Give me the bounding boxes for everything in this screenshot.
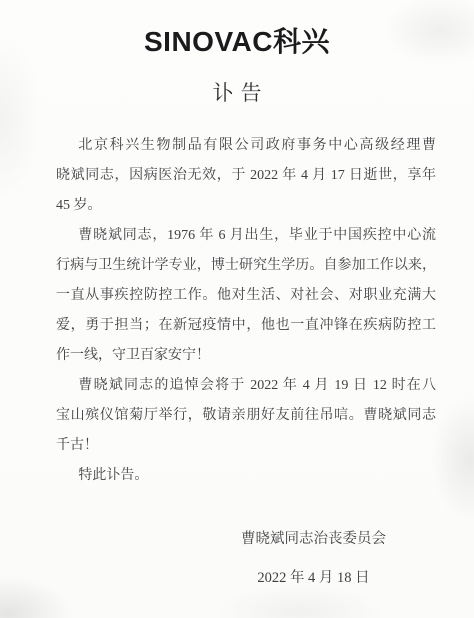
paragraph-line: 北京科兴生物制品有限公司政府事务中心高级经理曹 (56, 131, 436, 161)
notice-body: 北京科兴生物制品有限公司政府事务中心高级经理曹晓斌同志，因病医治无效，于 202… (56, 131, 436, 491)
paragraph: 北京科兴生物制品有限公司政府事务中心高级经理曹晓斌同志，因病医治无效，于 202… (56, 131, 436, 221)
paragraph-line: 特此讣告。 (56, 461, 436, 491)
signature-committee: 曹晓斌同志治丧委员会 (241, 529, 386, 549)
document-header: SINOVAC科兴 讣告 (0, 25, 474, 107)
paragraph-line: 作一线，守卫百家安宁！ (56, 341, 436, 371)
paragraph: 特此讣告。 (56, 461, 436, 491)
paragraph-line: 晓斌同志，因病医治无效，于 2022 年 4 月 17 日逝世，享年 (56, 161, 436, 191)
signature-date: 2022 年 4 月 18 日 (241, 568, 386, 588)
sinovac-logo: SINOVAC科兴 (0, 25, 474, 59)
paragraph-line: 一直从事疾控防控工作。他对生活、对社会、对职业充满大 (56, 281, 436, 311)
notice-title: 讣告 (0, 80, 474, 107)
signature-block: 曹晓斌同志治丧委员会 2022 年 4 月 18 日 (241, 529, 386, 589)
obituary-document: SINOVAC科兴 讣告 北京科兴生物制品有限公司政府事务中心高级经理曹晓斌同志… (0, 0, 474, 618)
paragraph: 曹晓斌同志，1976 年 6 月出生，毕业于中国疾控中心流行病与卫生统计学专业，… (56, 221, 436, 371)
paragraph-line: 千古！ (56, 431, 436, 461)
paragraph-line: 曹晓斌同志的追悼会将于 2022 年 4 月 19 日 12 时在八 (56, 371, 436, 401)
paragraph-line: 宝山殡仪馆菊厅举行，敬请亲朋好友前往吊唁。曹晓斌同志 (56, 401, 436, 431)
paragraph-line: 曹晓斌同志，1976 年 6 月出生，毕业于中国疾控中心流 (56, 221, 436, 251)
paragraph-line: 45 岁。 (56, 191, 436, 221)
paragraph: 曹晓斌同志的追悼会将于 2022 年 4 月 19 日 12 时在八宝山殡仪馆菊… (56, 371, 436, 461)
paragraph-line: 爱，勇于担当；在新冠疫情中，他也一直冲锋在疾病防控工 (56, 311, 436, 341)
paragraph-line: 行病与卫生统计学专业，博士研究生学历。自参加工作以来， (56, 251, 436, 281)
